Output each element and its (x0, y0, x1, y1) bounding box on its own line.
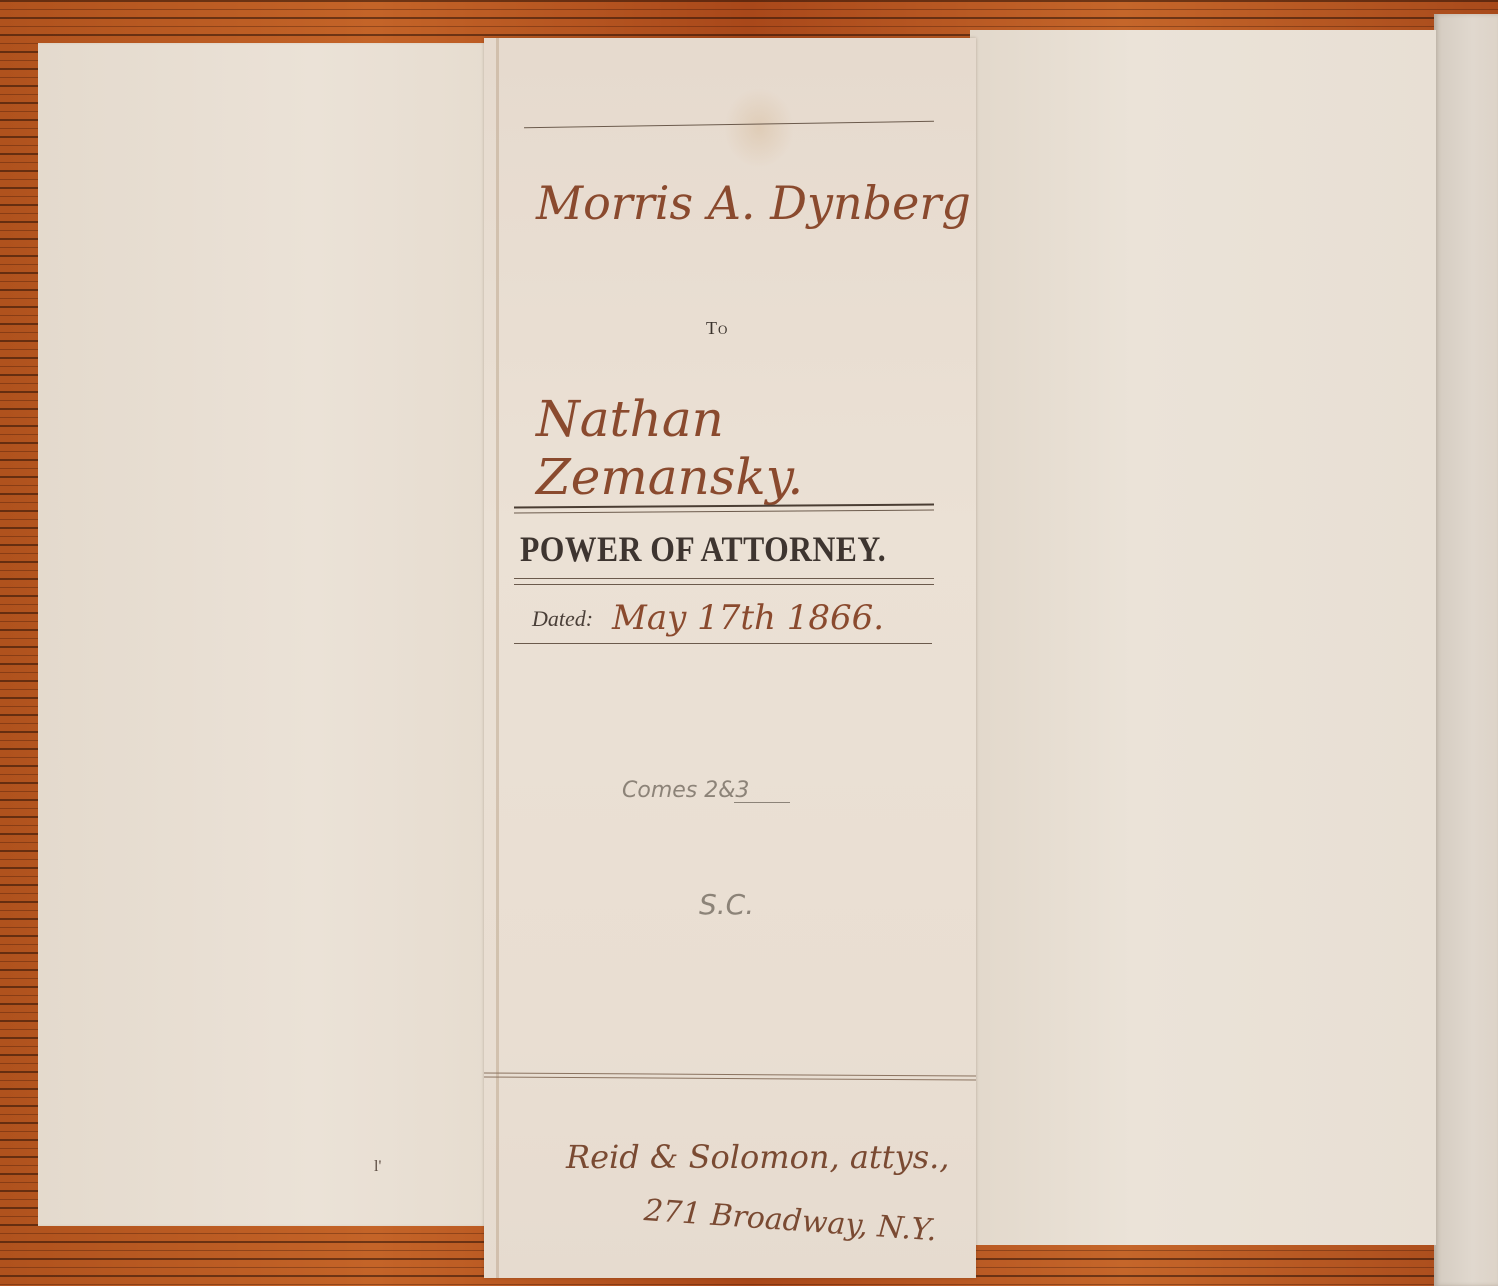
fold-crease-left (496, 38, 499, 1278)
dated-label: Dated: (532, 606, 593, 632)
pencil-underline (734, 802, 790, 803)
pencil-note-comes: Comes 2&3 (622, 778, 749, 803)
document-title: POWER OF ATTORNEY. (520, 528, 886, 570)
far-right-fold-panel (1434, 14, 1498, 1286)
grantor-name: Morris A. Dynberg (536, 176, 971, 230)
attorneys-name: Reid & Solomon, attys., (566, 1138, 949, 1176)
center-document-panel: Morris A. Dynberg To Nathan Zemansky. PO… (484, 38, 976, 1278)
attorneys-address: 271 Broadway, N.Y. (643, 1193, 938, 1248)
date-rule (514, 643, 932, 644)
bottom-rule-2 (484, 1076, 976, 1080)
title-rule-bottom-2 (514, 584, 934, 585)
left-fold-panel: l' (38, 43, 498, 1226)
pencil-note-sc: S.C. (699, 888, 754, 921)
grantee-name: Nathan Zemansky. (536, 390, 976, 506)
connector-to: To (706, 318, 728, 339)
dated-value: May 17th 1866. (612, 598, 884, 638)
stray-mark: l' (374, 1158, 381, 1176)
bottom-rule (484, 1072, 976, 1076)
right-fold-panel (970, 30, 1436, 1245)
title-rule-top-thin (514, 510, 934, 514)
title-rule-bottom (514, 578, 934, 579)
paper-stain (724, 88, 794, 168)
